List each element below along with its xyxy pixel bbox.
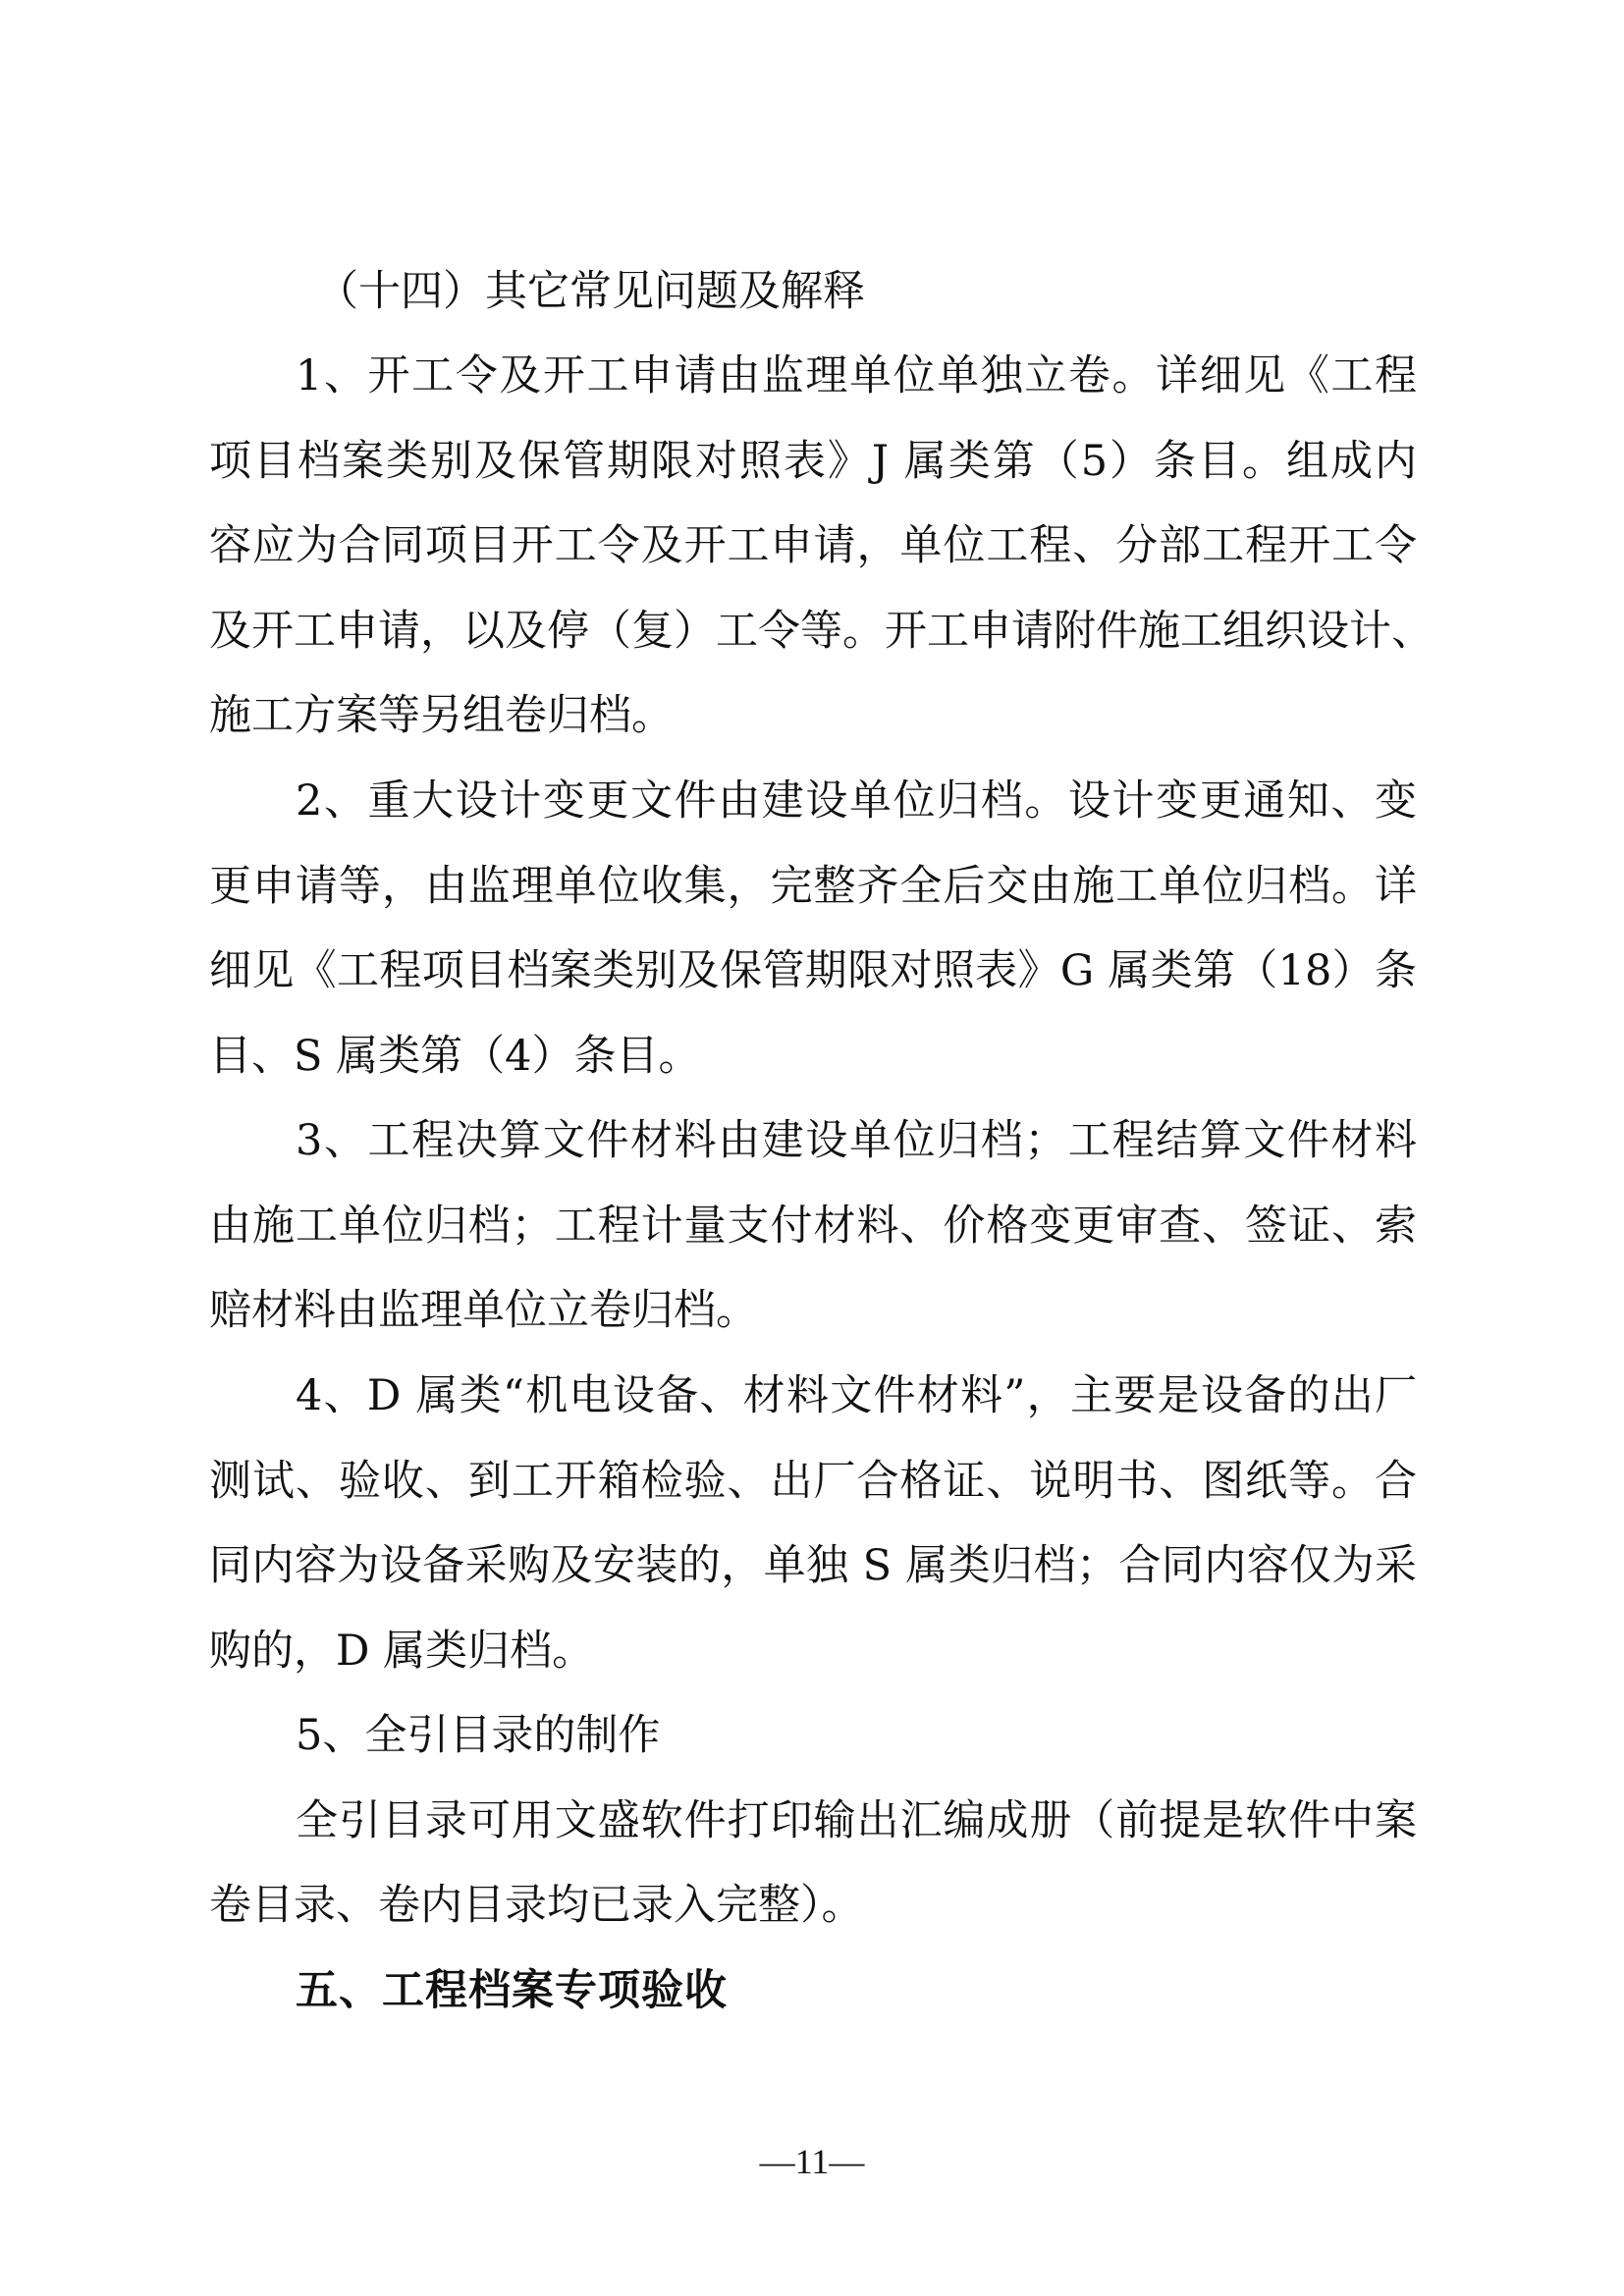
document-page: （十四）其它常见问题及解释 1、开工令及开工申请由监理单位单独立卷。详细见《工程… bbox=[0, 0, 1624, 2296]
paragraph-4-line-2: 测试、验收、到工开箱检验、出厂合格证、说明书、图纸等。合 bbox=[209, 1452, 1417, 1511]
paragraph-2-line-2: 更申请等，由监理单位收集，完整齐全后交由施工单位归档。详 bbox=[209, 857, 1417, 916]
paragraph-3-line-2: 由施工单位归档；工程计量支付材料、价格变更审查、签证、索 bbox=[209, 1197, 1417, 1255]
paragraph-5-line-2: 卷目录、卷内目录均已录入完整）。 bbox=[209, 1876, 1417, 1935]
paragraph-5-line-1: 全引目录可用文盛软件打印输出汇编成册（前提是软件中案 bbox=[296, 1791, 1417, 1850]
subheading-5: 5、全引目录的制作 bbox=[296, 1706, 1417, 1765]
paragraph-4-line-3: 同内容为设备采购及安装的，单独 S 属类归档；合同内容仅为采 bbox=[209, 1536, 1417, 1595]
paragraph-2-line-1: 2、重大设计变更文件由建设单位归档。设计变更通知、变 bbox=[296, 772, 1417, 830]
paragraph-3-line-1: 3、工程决算文件材料由建设单位归档；工程结算文件材料 bbox=[296, 1111, 1417, 1170]
paragraph-4-line-4: 购的，D 属类归档。 bbox=[209, 1622, 1417, 1681]
paragraph-4-line-1: 4、D 属类“机电设备、材料文件材料”，主要是设备的出厂 bbox=[296, 1366, 1417, 1425]
section-heading: （十四）其它常见问题及解释 bbox=[316, 262, 1437, 321]
paragraph-2-line-4: 目、S 属类第（4）条目。 bbox=[209, 1027, 1417, 1086]
chapter-heading: 五、工程档案专项验收 bbox=[296, 1961, 1417, 2020]
paragraph-1-line-1: 1、开工令及开工申请由监理单位单独立卷。详细见《工程 bbox=[296, 347, 1417, 405]
paragraph-1-line-3: 容应为合同项目开工令及开工申请，单位工程、分部工程开工令 bbox=[209, 516, 1417, 575]
paragraph-3-line-3: 赔材料由监理单位立卷归档。 bbox=[209, 1281, 1417, 1340]
paragraph-2-line-3: 细见《工程项目档案类别及保管期限对照表》G 属类第（18）条 bbox=[209, 941, 1417, 1000]
paragraph-1-line-5: 施工方案等另组卷归档。 bbox=[209, 686, 1417, 745]
page-number: —11— bbox=[714, 2140, 910, 2183]
paragraph-1-line-4: 及开工申请，以及停（复）工令等。开工申请附件施工组织设计、 bbox=[209, 602, 1417, 661]
paragraph-1-line-2: 项目档案类别及保管期限对照表》J 属类第（5）条目。组成内 bbox=[209, 432, 1417, 491]
